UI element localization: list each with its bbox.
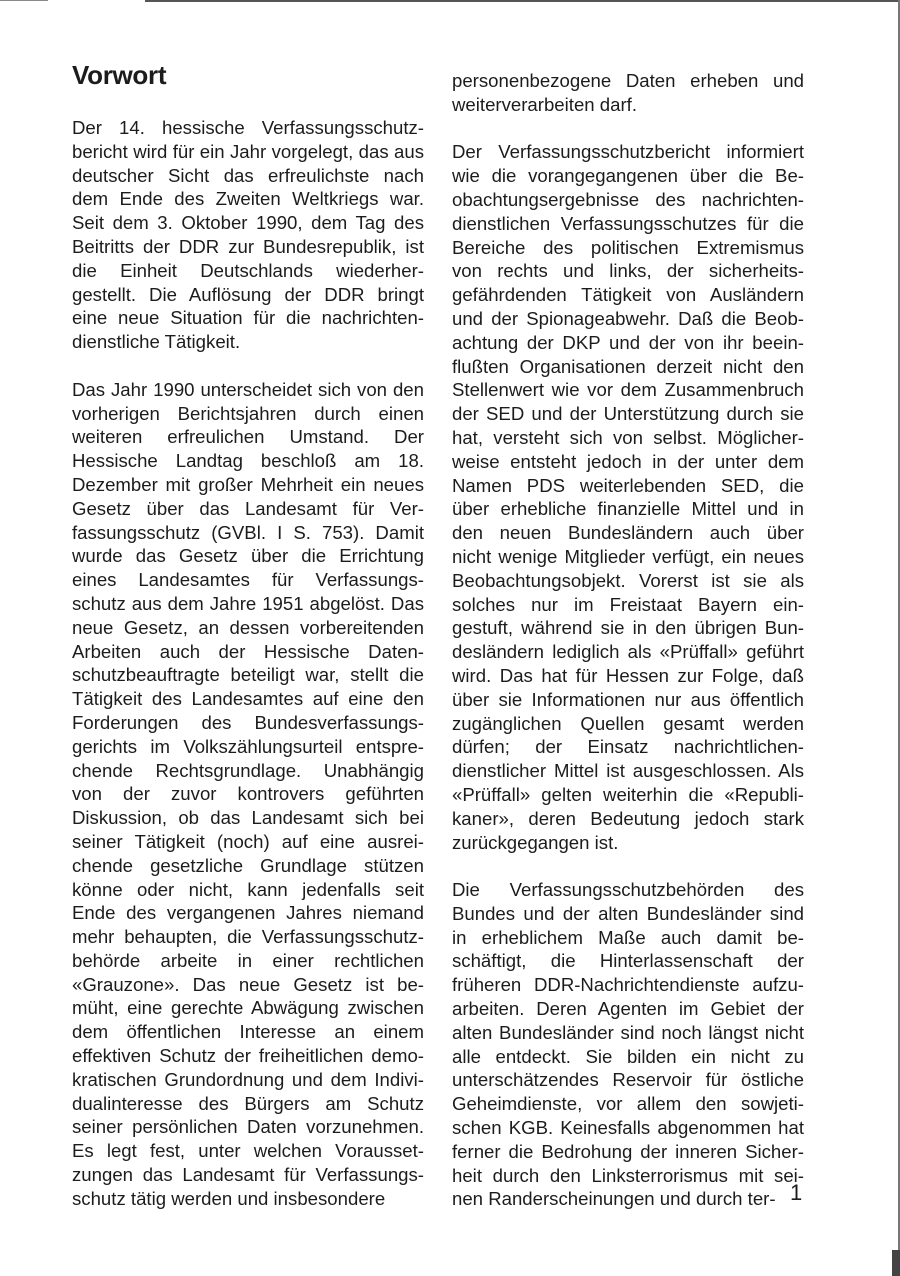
text-line: desländern lediglich als «Prüffall» gefü…: [452, 640, 804, 664]
text-line: schen KGB. Keinesfalls abgenommen hat: [452, 1116, 804, 1140]
text-line: Forderungen des Bundesverfassungs-: [72, 711, 424, 735]
paragraph: Das Jahr 1990 unterscheidet sich von den…: [72, 378, 424, 1211]
text-line: wurde das Gesetz über die Errichtung: [72, 544, 424, 568]
text-line: gestellt. Die Auflösung der DDR bringt: [72, 283, 424, 307]
text-line: zugänglichen Quellen gesamt werden: [452, 712, 804, 736]
text-line: heit durch den Linksterrorismus mit sei-: [452, 1164, 804, 1188]
text-line: dienstlichen Verfassungsschutzes für die: [452, 212, 804, 236]
text-line: Dezember mit großer Mehrheit ein neues: [72, 473, 424, 497]
text-line: dem öffentlichen Interesse an einem: [72, 1020, 424, 1044]
text-line: neue Gesetz, an dessen vorbereitenden: [72, 616, 424, 640]
text-line: müht, eine gerechte Abwägung zwischen: [72, 996, 424, 1020]
text-line: weiterverarbeiten darf.: [452, 93, 804, 117]
paragraph: personenbezogene Daten erheben undweiter…: [452, 69, 804, 117]
scan-edge-line: [0, 0, 48, 1]
text-line: den neuen Bundesländern auch über: [452, 521, 804, 545]
text-line: vorherigen Berichtsjahren durch einen: [72, 402, 424, 426]
text-line: Bundes und der alten Bundesländer sind: [452, 902, 804, 926]
text-line: schäftigt, die Hinterlassenschaft der: [452, 949, 804, 973]
text-line: flußten Organisationen derzeit nicht den: [452, 355, 804, 379]
text-line: fassungsschutz (GVBl. I S. 753). Damit: [72, 521, 424, 545]
text-line: kratischen Grundordnung und dem Indivi-: [72, 1068, 424, 1092]
text-line: deutscher Sicht das erfreulichste nach: [72, 164, 424, 188]
text-line: unterschätzendes Reservoir für östliche: [452, 1068, 804, 1092]
text-line: Namen PDS weiterlebenden SED, die: [452, 474, 804, 498]
text-line: und der Spionageabwehr. Daß die Beob-: [452, 307, 804, 331]
text-line: obachtungsergebnisse des nachrichten-: [452, 188, 804, 212]
page-number: 1: [790, 1180, 802, 1206]
text-line: von der zuvor kontrovers geführten: [72, 782, 424, 806]
text-line: könne oder nicht, kann jedenfalls seit: [72, 878, 424, 902]
text-line: personenbezogene Daten erheben und: [452, 69, 804, 93]
text-line: eines Landesamtes für Verfassungs-: [72, 568, 424, 592]
text-line: früheren DDR-Nachrichtendienste aufzu-: [452, 973, 804, 997]
text-line: gerichts im Volkszählungsurteil entspre-: [72, 735, 424, 759]
text-line: dualinteresse des Bürgers am Schutz: [72, 1092, 424, 1116]
text-line: dienstlicher Mittel ist ausgeschlossen. …: [452, 759, 804, 783]
text-line: «Grauzone». Das neue Gesetz ist be-: [72, 973, 424, 997]
page-title: Vorwort: [72, 60, 166, 91]
text-line: über sie Informationen nur aus öffentlic…: [452, 688, 804, 712]
text-line: wird. Das hat für Hessen zur Folge, daß: [452, 664, 804, 688]
text-line: Ende des vergangenen Jahres niemand: [72, 901, 424, 925]
text-line: Das Jahr 1990 unterscheidet sich von den: [72, 378, 424, 402]
paragraph: Die Verfassungsschutzbehörden desBundes …: [452, 878, 804, 1211]
text-line: chende gesetzliche Grundlage stützen: [72, 854, 424, 878]
text-line: arbeiten. Deren Agenten im Gebiet der: [452, 997, 804, 1021]
right-column: personenbezogene Daten erheben undweiter…: [452, 69, 804, 1235]
text-line: Geheimdienste, vor allem den sowjeti-: [452, 1092, 804, 1116]
text-line: behörde arbeite in einer rechtlichen: [72, 949, 424, 973]
text-line: schutz aus dem Jahre 1951 abgelöst. Das: [72, 592, 424, 616]
scan-edge-mark: [892, 1250, 900, 1276]
text-line: Der 14. hessische Verfassungsschutz-: [72, 116, 424, 140]
text-line: Beobachtungsobjekt. Vorerst ist sie als: [452, 569, 804, 593]
text-line: «Prüffall» gelten weiterhin die «Republi…: [452, 783, 804, 807]
text-line: Die Verfassungsschutzbehörden des: [452, 878, 804, 902]
left-column: Der 14. hessische Verfassungsschutz-beri…: [72, 116, 424, 1234]
text-line: alten Bundesländer sind noch längst nich…: [452, 1021, 804, 1045]
text-line: Stellenwert wie vor dem Zusammenbruch: [452, 378, 804, 402]
text-line: Tätigkeit des Landesamtes auf eine den: [72, 687, 424, 711]
text-line: Bereiche des politischen Extremismus: [452, 236, 804, 260]
text-line: in erheblichem Maße auch damit be-: [452, 926, 804, 950]
text-line: Diskussion, ob das Landesamt sich bei: [72, 806, 424, 830]
text-line: wie die vorangegangenen über die Be-: [452, 164, 804, 188]
text-line: gestuft, während sie in den übrigen Bun-: [452, 616, 804, 640]
text-line: der SED und der Unterstützung durch sie: [452, 402, 804, 426]
text-line: achtung der DKP und der von ihr beein-: [452, 331, 804, 355]
text-line: über erhebliche finanzielle Mittel und i…: [452, 497, 804, 521]
text-line: effektiven Schutz der freiheitlichen dem…: [72, 1044, 424, 1068]
text-line: die Einheit Deutschlands wiederher-: [72, 259, 424, 283]
text-line: dienstliche Tätigkeit.: [72, 330, 424, 354]
paragraph: Der 14. hessische Verfassungsschutz-beri…: [72, 116, 424, 354]
text-line: zungen das Landesamt für Verfassungs-: [72, 1163, 424, 1187]
text-line: weiteren erfreulichen Umstand. Der: [72, 425, 424, 449]
scan-top-border: [145, 0, 900, 2]
text-line: schutz tätig werden und insbesondere: [72, 1187, 424, 1211]
text-line: Gesetz über das Landesamt für Ver-: [72, 497, 424, 521]
text-line: solches nur im Freistaat Bayern ein-: [452, 593, 804, 617]
text-line: hat, versteht sich von selbst. Möglicher…: [452, 426, 804, 450]
text-line: bericht wird für ein Jahr vorgelegt, das…: [72, 140, 424, 164]
text-line: Hessische Landtag beschloß am 18.: [72, 449, 424, 473]
text-line: chende Rechtsgrundlage. Unabhängig: [72, 759, 424, 783]
text-line: seiner persönlichen Daten vorzunehmen.: [72, 1115, 424, 1139]
paragraph: Der Verfassungsschutzbericht informiertw…: [452, 140, 804, 854]
text-line: eine neue Situation für die nachrichten-: [72, 306, 424, 330]
text-line: ferner die Bedrohung der inneren Sicher-: [452, 1140, 804, 1164]
text-line: dem Ende des Zweiten Weltkriegs war.: [72, 187, 424, 211]
text-line: alle entdeckt. Sie bilden ein nicht zu: [452, 1045, 804, 1069]
text-line: kaner», deren Bedeutung jedoch stark: [452, 807, 804, 831]
text-line: mehr behaupten, die Verfassungsschutz-: [72, 925, 424, 949]
text-line: weise entsteht jedoch in der unter dem: [452, 450, 804, 474]
text-line: Seit dem 3. Oktober 1990, dem Tag des: [72, 211, 424, 235]
text-line: nen Randerscheinungen und durch ter-: [452, 1187, 804, 1211]
text-line: dürfen; der Einsatz nachrichtlichen-: [452, 735, 804, 759]
text-line: nicht wenige Mitglieder verfügt, ein neu…: [452, 545, 804, 569]
text-line: zurückgegangen ist.: [452, 831, 804, 855]
text-line: Beitritts der DDR zur Bundesrepublik, is…: [72, 235, 424, 259]
text-line: Der Verfassungsschutzbericht informiert: [452, 140, 804, 164]
text-line: gefährdenden Tätigkeit von Ausländern: [452, 283, 804, 307]
text-line: schutzbeauftragte beteiligt war, stellt …: [72, 663, 424, 687]
text-line: Arbeiten auch der Hessische Daten-: [72, 640, 424, 664]
text-line: seiner Tätigkeit (noch) auf eine ausrei-: [72, 830, 424, 854]
text-line: von rechts und links, der sicherheits-: [452, 259, 804, 283]
text-line: Es legt fest, unter welchen Vorausset-: [72, 1139, 424, 1163]
